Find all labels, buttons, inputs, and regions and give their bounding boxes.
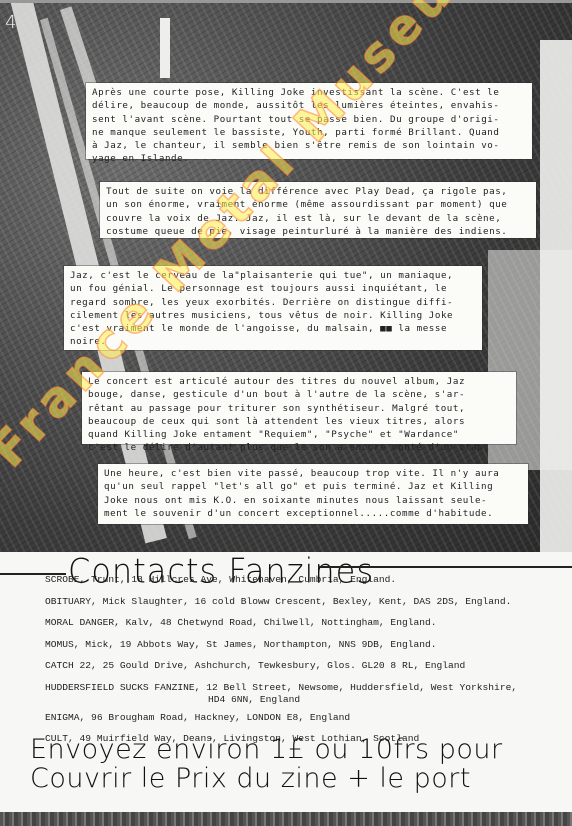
contact-entry-scrobe: SCROBE, Trunt, 18 Hillcres Ave, Whitehav… xyxy=(45,574,565,586)
contact-list: SCROBE, Trunt, 18 Hillcres Ave, Whitehav… xyxy=(45,574,565,755)
contact-entry-huddersfield-sucks: HUDDERSFIELD SUCKS FANZINE, 12 Bell Stre… xyxy=(45,682,565,706)
photo-collage-background: 4 Après une courte pose, Killing Joke in… xyxy=(0,0,572,552)
review-paragraph-5: Une heure, c'est bien vite passé, beauco… xyxy=(98,464,528,524)
review-paragraph-1: Après une courte pose, Killing Joke inve… xyxy=(86,83,532,159)
price-note: Envoyez environ 1£ ou 10frs pour Couvrir… xyxy=(30,735,550,793)
contact-entry-obituary: OBITUARY, Mick Slaughter, 16 cold Bloww … xyxy=(45,596,565,608)
price-note-line-2: Couvrir le Prix du zine + le port xyxy=(30,764,550,793)
review-paragraph-4: Le concert est articulé autour des titre… xyxy=(82,372,516,444)
contact-address: ENIGMA, 96 Brougham Road, Hackney, LONDO… xyxy=(45,712,350,723)
contact-address: CATCH 22, 25 Gould Drive, Ashchurch, Tew… xyxy=(45,660,465,671)
contact-address: HUDDERSFIELD SUCKS FANZINE, 12 Bell Stre… xyxy=(45,682,517,693)
contact-address: OBITUARY, Mick Slaughter, 16 cold Bloww … xyxy=(45,596,511,607)
review-paragraph-3: Jaz, c'est le cerveau de la"plaisanterie… xyxy=(64,266,482,350)
review-paragraph-2: Tout de suite on voie la différence avec… xyxy=(100,182,536,238)
contact-address-continued: HD4 6NN, England xyxy=(45,694,565,706)
price-note-line-1: Envoyez environ 1£ ou 10frs pour xyxy=(30,735,550,764)
contact-entry-catch-22: CATCH 22, 25 Gould Drive, Ashchurch, Tew… xyxy=(45,660,565,672)
contacts-section: Contacts Fanzines SCROBE, Trunt, 18 Hill… xyxy=(0,552,572,826)
page-number: 4 xyxy=(5,12,16,33)
contact-address: MOMUS, Mick, 19 Abbots Way, St James, No… xyxy=(45,639,437,650)
contact-address: MORAL DANGER, Kalv, 48 Chetwynd Road, Ch… xyxy=(45,617,437,628)
title-rule-right xyxy=(318,566,572,568)
contact-entry-enigma: ENIGMA, 96 Brougham Road, Hackney, LONDO… xyxy=(45,712,565,724)
contact-address: SCROBE, Trunt, 18 Hillcres Ave, Whitehav… xyxy=(45,574,396,585)
contact-entry-momus: MOMUS, Mick, 19 Abbots Way, St James, No… xyxy=(45,639,565,651)
contact-entry-moral-danger: MORAL DANGER, Kalv, 48 Chetwynd Road, Ch… xyxy=(45,617,565,629)
bottom-photo-strip xyxy=(0,812,572,826)
